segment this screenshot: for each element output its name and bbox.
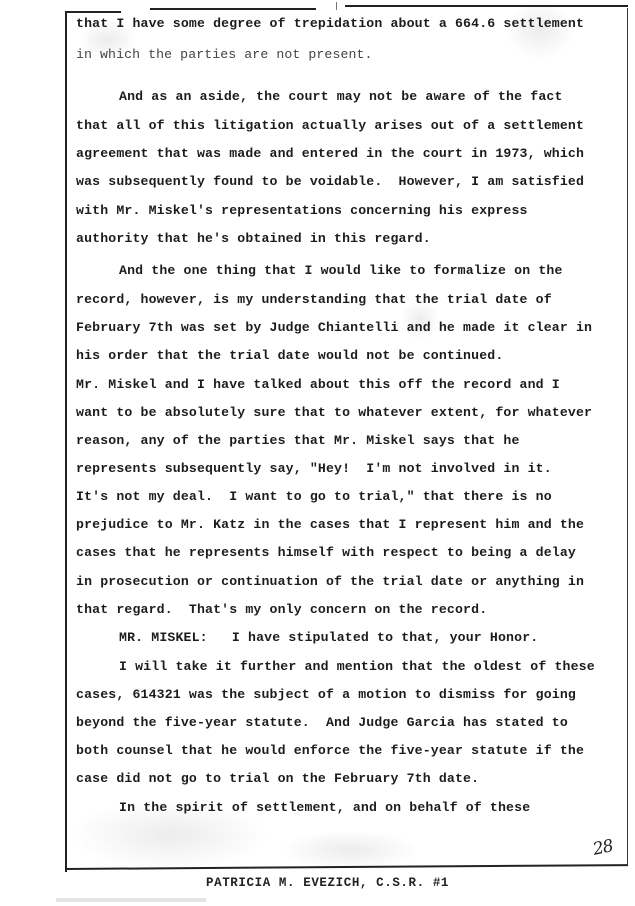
transcript-line: in prosecution or continuation of the tr… [76,574,584,590]
transcript-line: case did not go to trial on the February… [76,771,479,787]
transcript-line: represents subsequently say, "Hey! I'm n… [76,461,552,477]
transcript-line: And as an aside, the court may not be aw… [119,89,563,105]
transcript-line: beyond the five-year statute. And Judge … [76,715,568,731]
transcript-line: reason, any of the parties that Mr. Misk… [76,433,520,449]
transcript-line: And the one thing that I would like to f… [119,263,563,279]
handwritten-page-mark: 28 [591,836,614,860]
transcript-line: It's not my deal. I want to go to trial,… [76,489,552,505]
transcript-line: both counsel that he would enforce the f… [76,743,584,759]
frame-tick-mark [336,2,337,10]
transcript-line: cases, 614321 was the subject of a motio… [76,687,576,703]
transcript-line: that I have some degree of trepidation a… [76,16,584,32]
transcript-line: authority that he's obtained in this reg… [76,231,431,247]
frame-top-border [345,5,628,7]
transcript-line: that all of this litigation actually ari… [76,118,584,134]
frame-left-border [65,11,67,872]
transcript-line: I will take it further and mention that … [119,659,595,675]
transcript-line: agreement that was made and entered in t… [76,146,584,162]
frame-right-border [627,8,628,865]
transcript-line: MR. MISKEL: I have stipulated to that, y… [119,630,538,646]
transcript-line: prejudice to Mr. Katz in the cases that … [76,517,584,533]
transcript-line: that regard. That's my only concern on t… [76,602,487,618]
transcript-line: cases that he represents himself with re… [76,545,576,561]
frame-top-border [150,8,316,10]
transcript-line: record, however, is my understanding tha… [76,292,552,308]
transcript-line: with Mr. Miskel's representations concer… [76,203,528,219]
transcript-line: was subsequently found to be voidable. H… [76,174,584,190]
transcript-line: his order that the trial date would not … [76,348,503,364]
frame-top-border [65,11,121,13]
transcript-line: want to be absolutely sure that to whate… [76,405,592,421]
court-reporter-footer: PATRICIA M. EVEZICH, C.S.R. #1 [206,876,449,890]
transcript-line: February 7th was set by Judge Chiantelli… [76,320,592,336]
scan-smudge [280,830,420,870]
transcript-line: in which the parties are not present. [76,47,373,63]
transcript-line: In the spirit of settlement, and on beha… [119,800,530,816]
transcript-line: Mr. Miskel and I have talked about this … [76,377,560,393]
scan-smudge [56,898,206,902]
